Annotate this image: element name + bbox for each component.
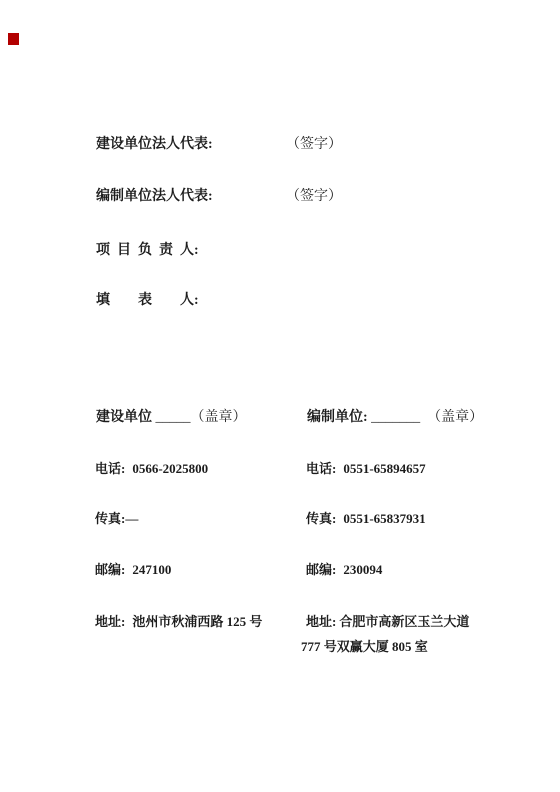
compiler-legal-rep-row: 编制单位法人代表: — [82, 176, 213, 218]
address-label: 地址: — [95, 614, 125, 629]
compiler-legal-rep-label: 编制单位法人代表: — [96, 189, 213, 204]
right-phone-row: 电话:0551-65894657 — [293, 449, 426, 488]
construction-unit-stamp-row: 建设单位 _____（盖章） — [82, 397, 247, 439]
construction-legal-rep-row: 建设单位法人代表: — [82, 124, 213, 166]
address-value: 池州市秋浦西路 125 号 — [132, 614, 262, 629]
construction-unit-label: 建设单位 — [96, 410, 152, 425]
project-leader-label: 项 目 负 责 人: — [96, 243, 199, 258]
compiler-sign-note: （签字） — [272, 176, 342, 218]
left-address-row: 地址:池州市秋浦西路 125 号 — [82, 602, 262, 641]
document-page: 建设单位法人代表: （签字） 编制单位法人代表: （签字） 项 目 负 责 人:… — [0, 0, 560, 792]
right-address-row-line2: 777 号双赢大厦 805 室 — [288, 627, 428, 666]
compiler-unit-label: 编制单位: — [307, 410, 368, 425]
construction-legal-rep-label: 建设单位法人代表: — [96, 137, 213, 152]
compiler-unit-stamp-row: 编制单位: _______ （盖章） — [293, 397, 483, 439]
compiler-unit-blank: _______ — [371, 410, 420, 425]
sign-note-text: （签字） — [286, 137, 342, 152]
stamp-note: （盖章） — [427, 410, 483, 425]
left-phone-row: 电话:0566-2025800 — [82, 449, 208, 488]
address-value-line2: 777 号双赢大厦 805 室 — [301, 639, 428, 654]
form-filler-row: 填 表 人: — [82, 280, 199, 322]
phone-label: 电话: — [95, 461, 125, 476]
left-zip-row: 邮编:247100 — [82, 550, 171, 589]
construction-sign-note: （签字） — [272, 124, 342, 166]
zip-label: 邮编: — [95, 562, 125, 577]
zip-label: 邮编: — [306, 562, 336, 577]
phone-value: 0551-65894657 — [343, 461, 425, 476]
form-filler-label: 填 表 人: — [96, 293, 199, 308]
zip-value: 230094 — [343, 562, 382, 577]
fax-value: 0551-65837931 — [343, 511, 425, 526]
project-leader-row: 项 目 负 责 人: — [82, 230, 199, 272]
phone-value: 0566-2025800 — [132, 461, 208, 476]
right-zip-row: 邮编:230094 — [293, 550, 382, 589]
fax-label: 传真: — [306, 511, 336, 526]
construction-unit-blank: _____ — [156, 410, 191, 425]
right-fax-row: 传真:0551-65837931 — [293, 499, 426, 538]
fax-value: — — [125, 511, 138, 526]
sign-note-text: （签字） — [286, 189, 342, 204]
left-fax-row: 传真:— — [82, 499, 138, 538]
phone-label: 电话: — [306, 461, 336, 476]
fax-label: 传真: — [95, 511, 125, 526]
red-marker — [8, 33, 19, 45]
zip-value: 247100 — [132, 562, 171, 577]
stamp-note: （盖章） — [191, 410, 247, 425]
